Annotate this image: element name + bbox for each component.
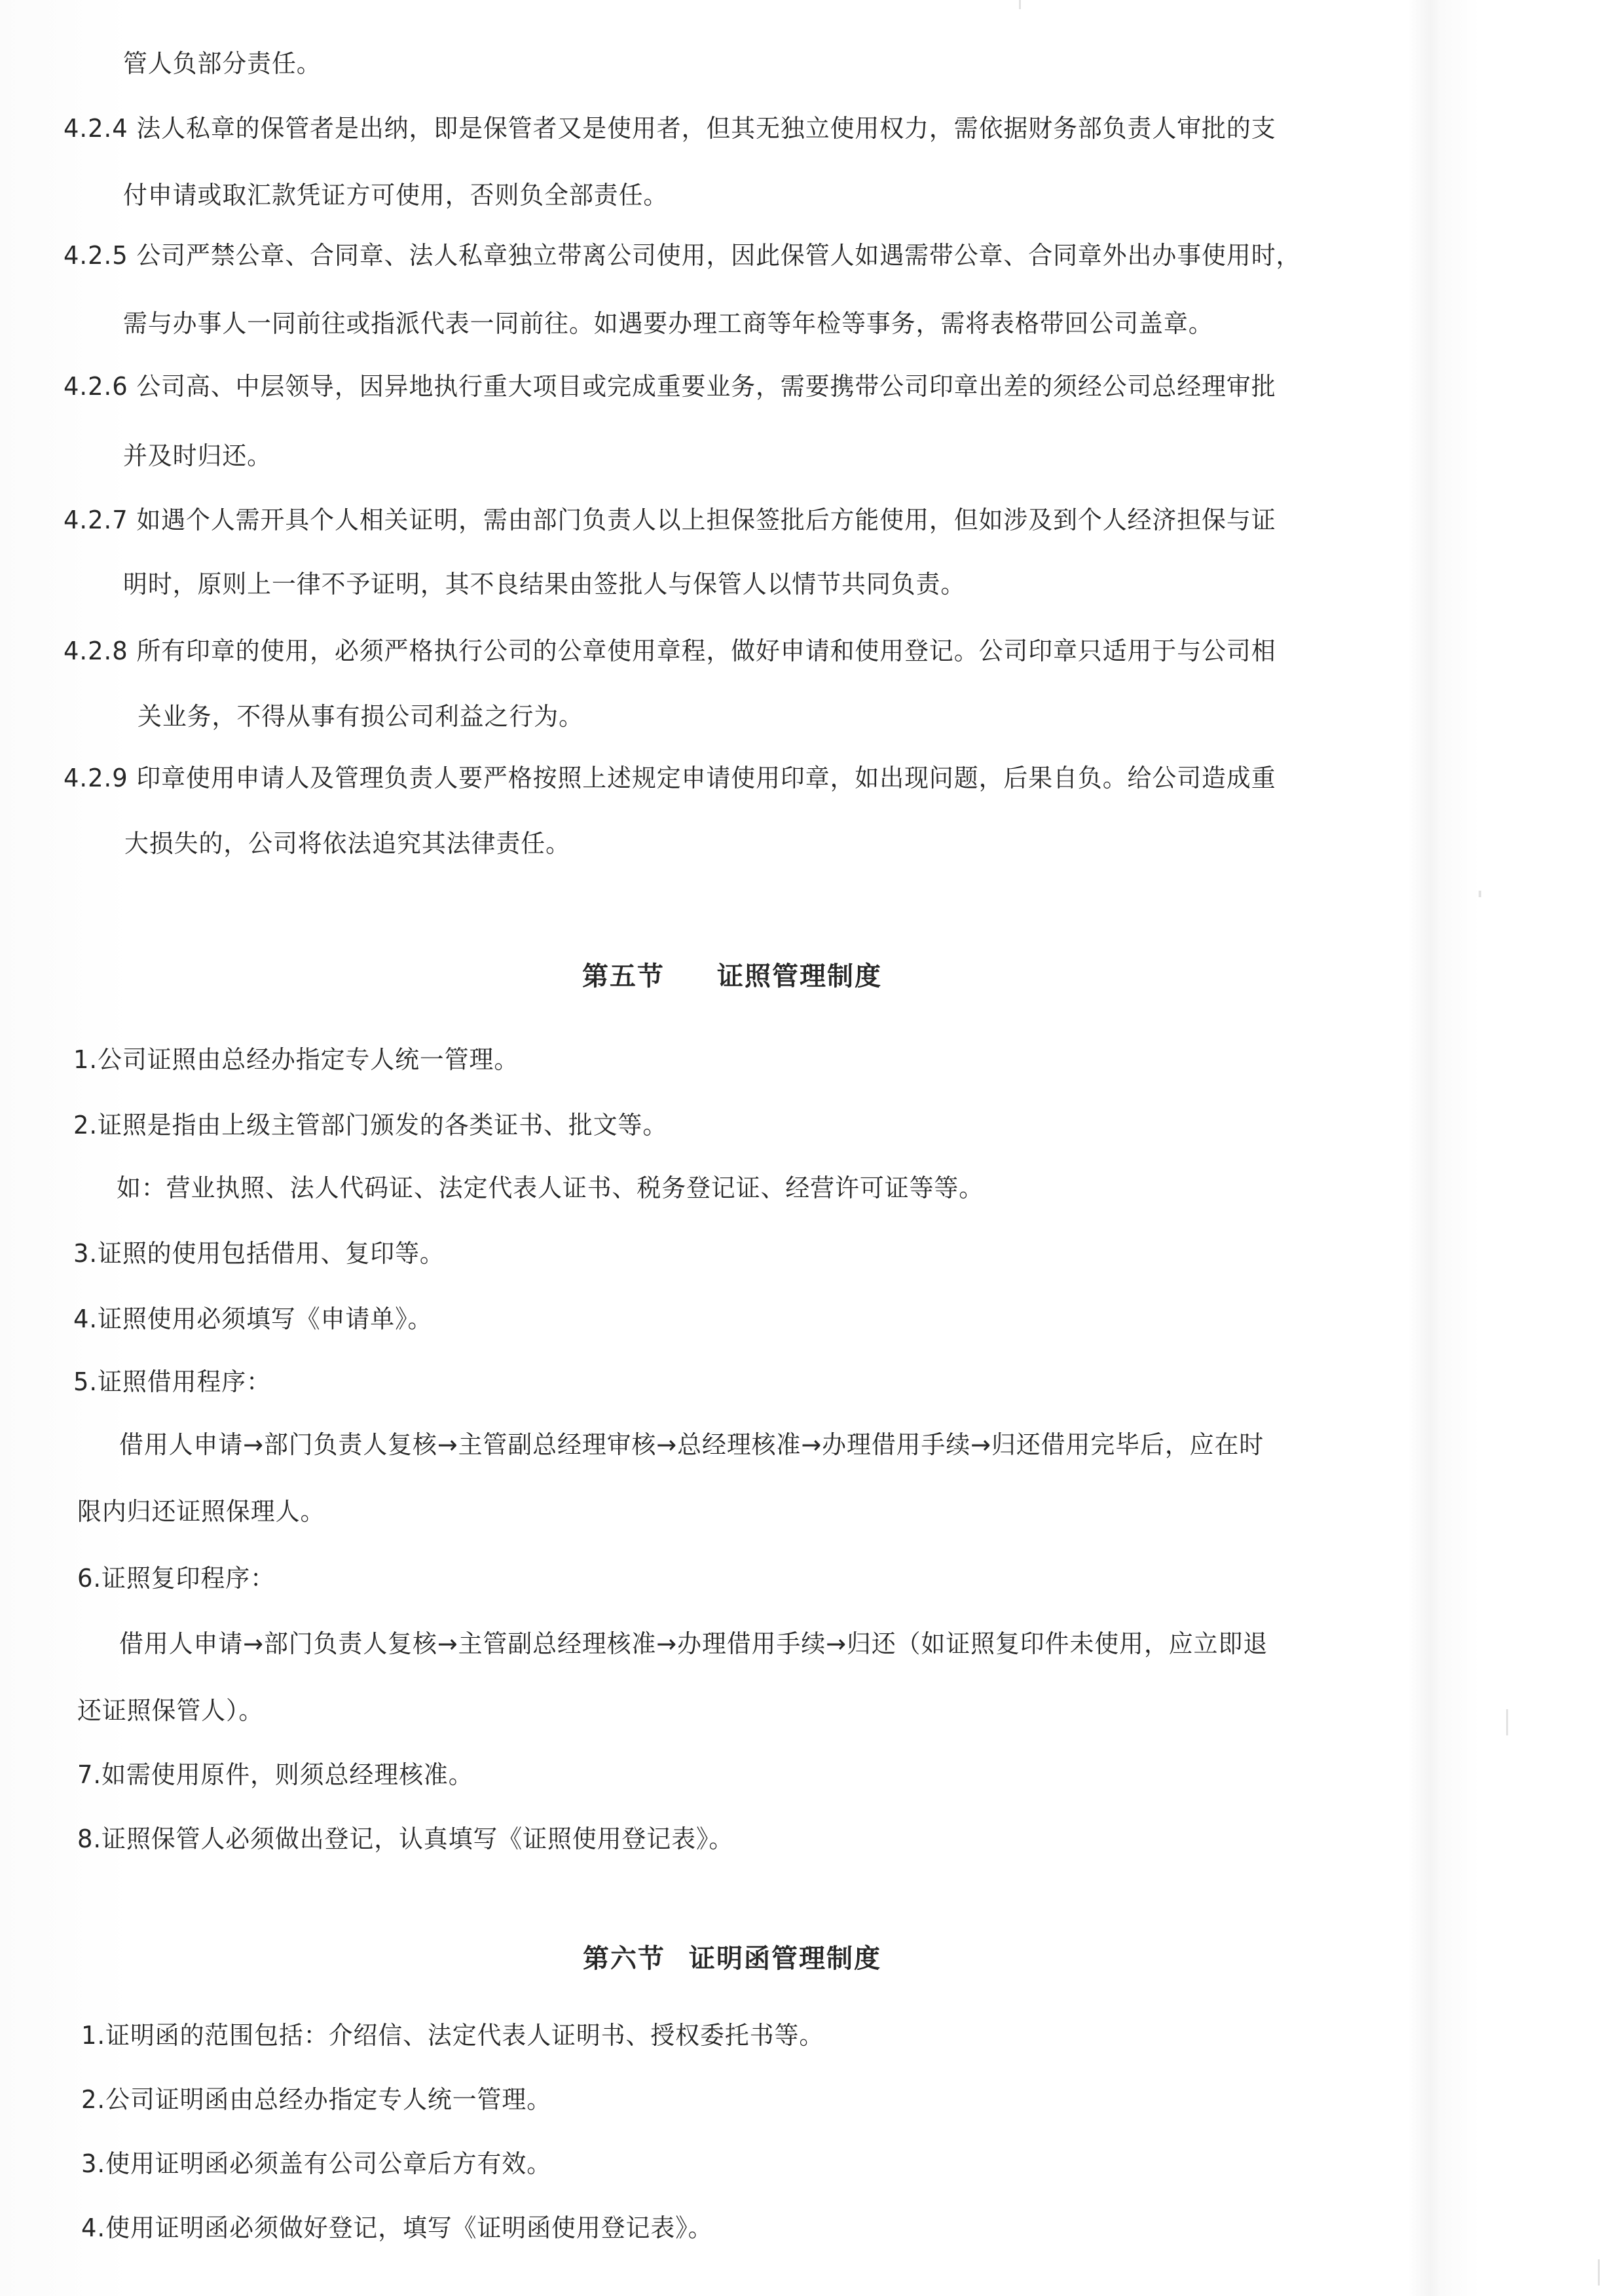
item-text: 3.证照的使用包括借用、复印等。: [73, 1239, 445, 1268]
clause-number: 4.2.7: [64, 506, 128, 534]
item-text: 如：营业执照、法人代码证、法定代表人证书、税务登记证、经营许可证等等。: [117, 1174, 984, 1202]
section-6-item: 3.使用证明函必须盖有公司公章后方有效。: [81, 2148, 551, 2179]
section-5-procedure-line: 借用人申请→部门负责人复核→主管副总经理核准→办理借用手续→归还（如证照复印件未…: [119, 1628, 1268, 1659]
scan-artifact: [1019, 0, 1021, 9]
section-number: 第六节: [583, 1944, 665, 1974]
clause-4-2-9-line1: 4.2.9 印章使用申请人及管理负责人要严格按照上述规定申请使用印章，如出现问题…: [64, 762, 1276, 794]
item-text: 2.证照是指由上级主管部门颁发的各类证书、批文等。: [73, 1111, 667, 1139]
item-text: 4.使用证明函必须做好登记，填写《证明函使用登记表》。: [81, 2213, 712, 2242]
clause-4-2-7-line2: 明时，原则上一律不予证明，其不良结果由签批人与保管人以情节共同负责。: [123, 568, 965, 600]
item-text: 借用人申请→部门负责人复核→主管副总经理核准→办理借用手续→归还（如证照复印件未…: [119, 1629, 1268, 1658]
clause-4-2-9-line2: 大损失的，公司将依法追究其法律责任。: [124, 828, 570, 859]
clause-number: 4.2.9: [64, 764, 128, 792]
paragraph-text: 管人负部分责任。: [123, 49, 322, 78]
clause-text: 大损失的，公司将依法追究其法律责任。: [124, 829, 570, 858]
item-text: 1.公司证照由总经办指定专人统一管理。: [73, 1045, 519, 1074]
section-5-item: 4.证照使用必须填写《申请单》。: [73, 1303, 432, 1335]
clause-4-2-8-line1: 4.2.8 所有印章的使用，必须严格执行公司的公章使用章程，做好申请和使用登记。…: [64, 635, 1276, 667]
clause-4-2-6-line1: 4.2.6 公司高、中层领导，因异地执行重大项目或完成重要业务，需要携带公司印章…: [64, 371, 1276, 402]
clause-number: 4.2.6: [64, 372, 128, 401]
section-title: 证明函管理制度: [689, 1944, 881, 1974]
scan-artifact: [1479, 891, 1481, 897]
clause-text: 需与办事人一同前往或指派代表一同前往。如遇要办理工商等年检等事务，需将表格带回公…: [123, 309, 1213, 338]
clause-text: 印章使用申请人及管理负责人要严格按照上述规定申请使用印章，如出现问题，后果自负。…: [136, 764, 1276, 792]
clause-4-2-4-line1: 4.2.4 法人私章的保管者是出纳，即是保管者又是使用者，但其无独立使用权力，需…: [64, 113, 1276, 144]
scanned-document-page: 管人负部分责任。 4.2.4 法人私章的保管者是出纳，即是保管者又是使用者，但其…: [0, 0, 1624, 2296]
clause-text: 并及时归还。: [123, 441, 272, 470]
section-5-item: 6.证照复印程序：: [77, 1563, 275, 1594]
clause-4-2-5-line1: 4.2.5 公司严禁公章、合同章、法人私章独立带离公司使用，因此保管人如遇需带公…: [64, 240, 1301, 271]
section-5-heading: 第五节证照管理制度: [0, 960, 1464, 993]
scan-artifact: [1598, 2259, 1600, 2286]
clause-4-2-8-line2: 关业务，不得从事有损公司利益之行为。: [138, 701, 583, 732]
section-6-item: 1.证明函的范围包括：介绍信、法定代表人证明书、授权委托书等。: [81, 2020, 824, 2051]
clause-4-2-5-line2: 需与办事人一同前往或指派代表一同前往。如遇要办理工商等年检等事务，需将表格带回公…: [123, 308, 1213, 339]
section-5-procedure-line: 还证照保管人）。: [77, 1695, 263, 1726]
item-text: 借用人申请→部门负责人复核→主管副总经理审核→总经理核准→办理借用手续→归还借用…: [119, 1430, 1264, 1459]
item-text: 6.证照复印程序：: [77, 1564, 275, 1593]
section-5-item: 3.证照的使用包括借用、复印等。: [73, 1238, 445, 1269]
clause-text: 法人私章的保管者是出纳，即是保管者又是使用者，但其无独立使用权力，需依据财务部负…: [136, 114, 1276, 143]
item-text: 1.证明函的范围包括：介绍信、法定代表人证明书、授权委托书等。: [81, 2021, 824, 2050]
section-5-procedure-line: 借用人申请→部门负责人复核→主管副总经理审核→总经理核准→办理借用手续→归还借用…: [119, 1429, 1264, 1460]
section-5-item-example: 如：营业执照、法人代码证、法定代表人证书、税务登记证、经营许可证等等。: [117, 1172, 984, 1204]
clause-number: 4.2.4: [64, 114, 128, 143]
clause-4-2-7-line1: 4.2.7 如遇个人需开具个人相关证明，需由部门负责人以上担保签批后方能使用，但…: [64, 504, 1276, 536]
clause-text: 如遇个人需开具个人相关证明，需由部门负责人以上担保签批后方能使用，但如涉及到个人…: [136, 506, 1276, 534]
section-title: 证照管理制度: [717, 961, 882, 991]
section-5-item: 7.如需使用原件，则须总经理核准。: [77, 1759, 473, 1790]
section-5-item: 1.公司证照由总经办指定专人统一管理。: [73, 1044, 519, 1075]
clause-text: 付申请或取汇款凭证方可使用，否则负全部责任。: [123, 181, 668, 210]
clause-number: 4.2.8: [64, 637, 128, 665]
clause-text: 公司严禁公章、合同章、法人私章独立带离公司使用，因此保管人如遇需带公章、合同章外…: [136, 241, 1301, 270]
section-number: 第五节: [582, 961, 665, 991]
clause-text: 明时，原则上一律不予证明，其不良结果由签批人与保管人以情节共同负责。: [123, 570, 965, 599]
clause-text: 所有印章的使用，必须严格执行公司的公章使用章程，做好申请和使用登记。公司印章只适…: [136, 637, 1276, 665]
scan-artifact: [1506, 1709, 1508, 1735]
clause-number: 4.2.5: [64, 241, 128, 270]
item-text: 4.证照使用必须填写《申请单》。: [73, 1305, 432, 1333]
item-text: 限内归还证照保理人。: [77, 1497, 325, 1526]
section-5-procedure-line: 限内归还证照保理人。: [77, 1496, 325, 1527]
clause-text: 关业务，不得从事有损公司利益之行为。: [138, 702, 583, 731]
item-text: 5.证照借用程序：: [73, 1367, 271, 1396]
section-6-item: 4.使用证明函必须做好登记，填写《证明函使用登记表》。: [81, 2212, 712, 2244]
clause-text: 公司高、中层领导，因异地执行重大项目或完成重要业务，需要携带公司印章出差的须经公…: [136, 372, 1276, 401]
item-text: 8.证照保管人必须做出登记，认真填写《证照使用登记表》。: [77, 1824, 733, 1853]
section-6-item: 2.公司证明函由总经办指定专人统一管理。: [81, 2084, 551, 2115]
continued-paragraph: 管人负部分责任。: [123, 48, 322, 79]
section-5-item: 5.证照借用程序：: [73, 1366, 271, 1398]
clause-4-2-4-line2: 付申请或取汇款凭证方可使用，否则负全部责任。: [123, 179, 668, 211]
item-text: 3.使用证明函必须盖有公司公章后方有效。: [81, 2149, 551, 2178]
item-text: 还证照保管人）。: [77, 1696, 263, 1725]
section-5-item: 2.证照是指由上级主管部门颁发的各类证书、批文等。: [73, 1109, 667, 1141]
clause-4-2-6-line2: 并及时归还。: [123, 440, 272, 472]
item-text: 2.公司证明函由总经办指定专人统一管理。: [81, 2085, 551, 2114]
section-6-heading: 第六节证明函管理制度: [0, 1942, 1464, 1975]
section-5-item: 8.证照保管人必须做出登记，认真填写《证照使用登记表》。: [77, 1823, 733, 1855]
item-text: 7.如需使用原件，则须总经理核准。: [77, 1760, 473, 1789]
